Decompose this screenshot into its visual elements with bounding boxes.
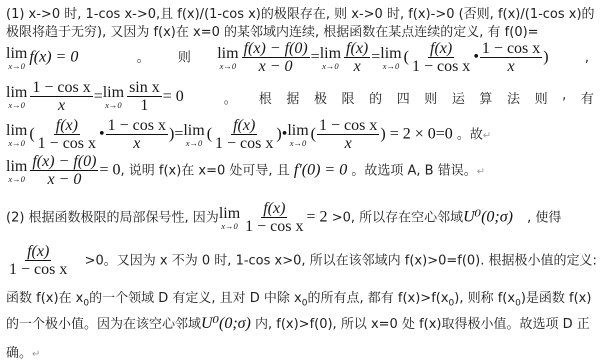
limit-fx-eq-0: f(x) = 0 — [29, 49, 78, 66]
derivative-value: f′(0) = 0 — [294, 162, 347, 179]
part1-line1: (1) x->0 时, 1-cos x->0,且 f(x)/(1-cos x)的… — [6, 3, 595, 22]
lim-operator: limx→0 — [6, 46, 27, 71]
fraction-1-cos-over-x: 1 − cos xx — [317, 117, 379, 153]
lim-operator: limx→0 — [217, 46, 238, 71]
lim-operator: limx→0 — [6, 159, 27, 184]
fraction-fx-over-x: f(x)x — [344, 40, 370, 76]
fraction-fx-over-1-cos: f(x)1 − cos x — [213, 117, 275, 153]
part1-line5-equation: limx→0(f(x)1 − cos x•1 − cos xx)=limx→0(… — [6, 117, 491, 153]
return-mark: ↵ — [477, 167, 485, 178]
punctured-neighborhood: U⁰(0;σ) — [463, 209, 513, 226]
part1-line2: 极限将趋于无穷), 又因为 f(x)在 x=0 的某邻域内连续, 根据函数在某点… — [6, 21, 539, 40]
lim-operator: limx→0 — [219, 206, 240, 231]
lim-operator: limx→0 — [380, 46, 401, 71]
difference-quotient: f(x) − f(0)x − 0 — [30, 153, 98, 189]
fraction-fx-over-1-cos: f(x)1 − cos x — [7, 243, 69, 279]
lim-operator: limx→0 — [183, 123, 204, 148]
part2-line1: (2) 根据函数极限的局部保号性, 因为limx→0f(x)1 − cos x=… — [6, 200, 561, 236]
part2-line5: 确。↵ — [6, 342, 40, 361]
fraction-sinx-over-1: sin x1 — [127, 79, 162, 115]
lim-operator: limx→0 — [103, 85, 124, 110]
part2-line3: 函数 f(x)在 x0的一个领域 D 有定义, 且对 D 中除 x0的所有点, … — [6, 287, 591, 309]
fraction-fx-over-1-cos: f(x)1 − cos x — [243, 200, 305, 236]
part1-line6-equation: limx→0f(x) − f(0)x − 0= 0, 说明 f(x)在 x=0 … — [6, 153, 485, 189]
lim-operator: limx→0 — [6, 85, 27, 110]
lim-operator: limx→0 — [320, 46, 341, 71]
lim-operator: limx→0 — [287, 123, 308, 148]
return-mark: ↵ — [32, 349, 40, 360]
fraction-1-cos-over-x: 1 − cos xx — [106, 117, 168, 153]
part2-line2: f(x)1 − cos x >0。又因为 x 不为 0 时, 1-cos x>0… — [6, 243, 600, 279]
return-mark: ↵ — [483, 131, 491, 142]
part2-line4: 的一个极小值。因为在该空心邻域U⁰(0;σ) 内, f(x)>f(0), 所以 … — [6, 313, 590, 333]
fraction-1-cos-over-x: 1 − cos xx — [30, 79, 92, 115]
difference-quotient: f(x) − f(0)x − 0 — [242, 40, 310, 76]
lim-operator: limx→0 — [6, 123, 27, 148]
fraction-fx-over-1-cos: f(x)1 − cos x — [410, 40, 472, 76]
fraction-1-cos-over-x: 1 − cos xx — [480, 40, 542, 76]
part1-line3-equation: limx→0f(x) = 0 。 则 limx→0f(x) − f(0)x − … — [6, 40, 600, 76]
part1-line4-equation: limx→01 − cos xx=limx→0sin x1= 0 。 根 据 极… — [6, 79, 594, 115]
text-ze: 则 — [178, 51, 191, 66]
fraction-fx-over-1-cos: f(x)1 − cos x — [36, 117, 98, 153]
spaced-text: 根 据 极 限 的 四 则 运 算 法 则 , 有 — [259, 88, 594, 107]
punctured-neighborhood: U⁰(0;σ) — [201, 315, 251, 332]
period: 。 — [137, 51, 150, 66]
